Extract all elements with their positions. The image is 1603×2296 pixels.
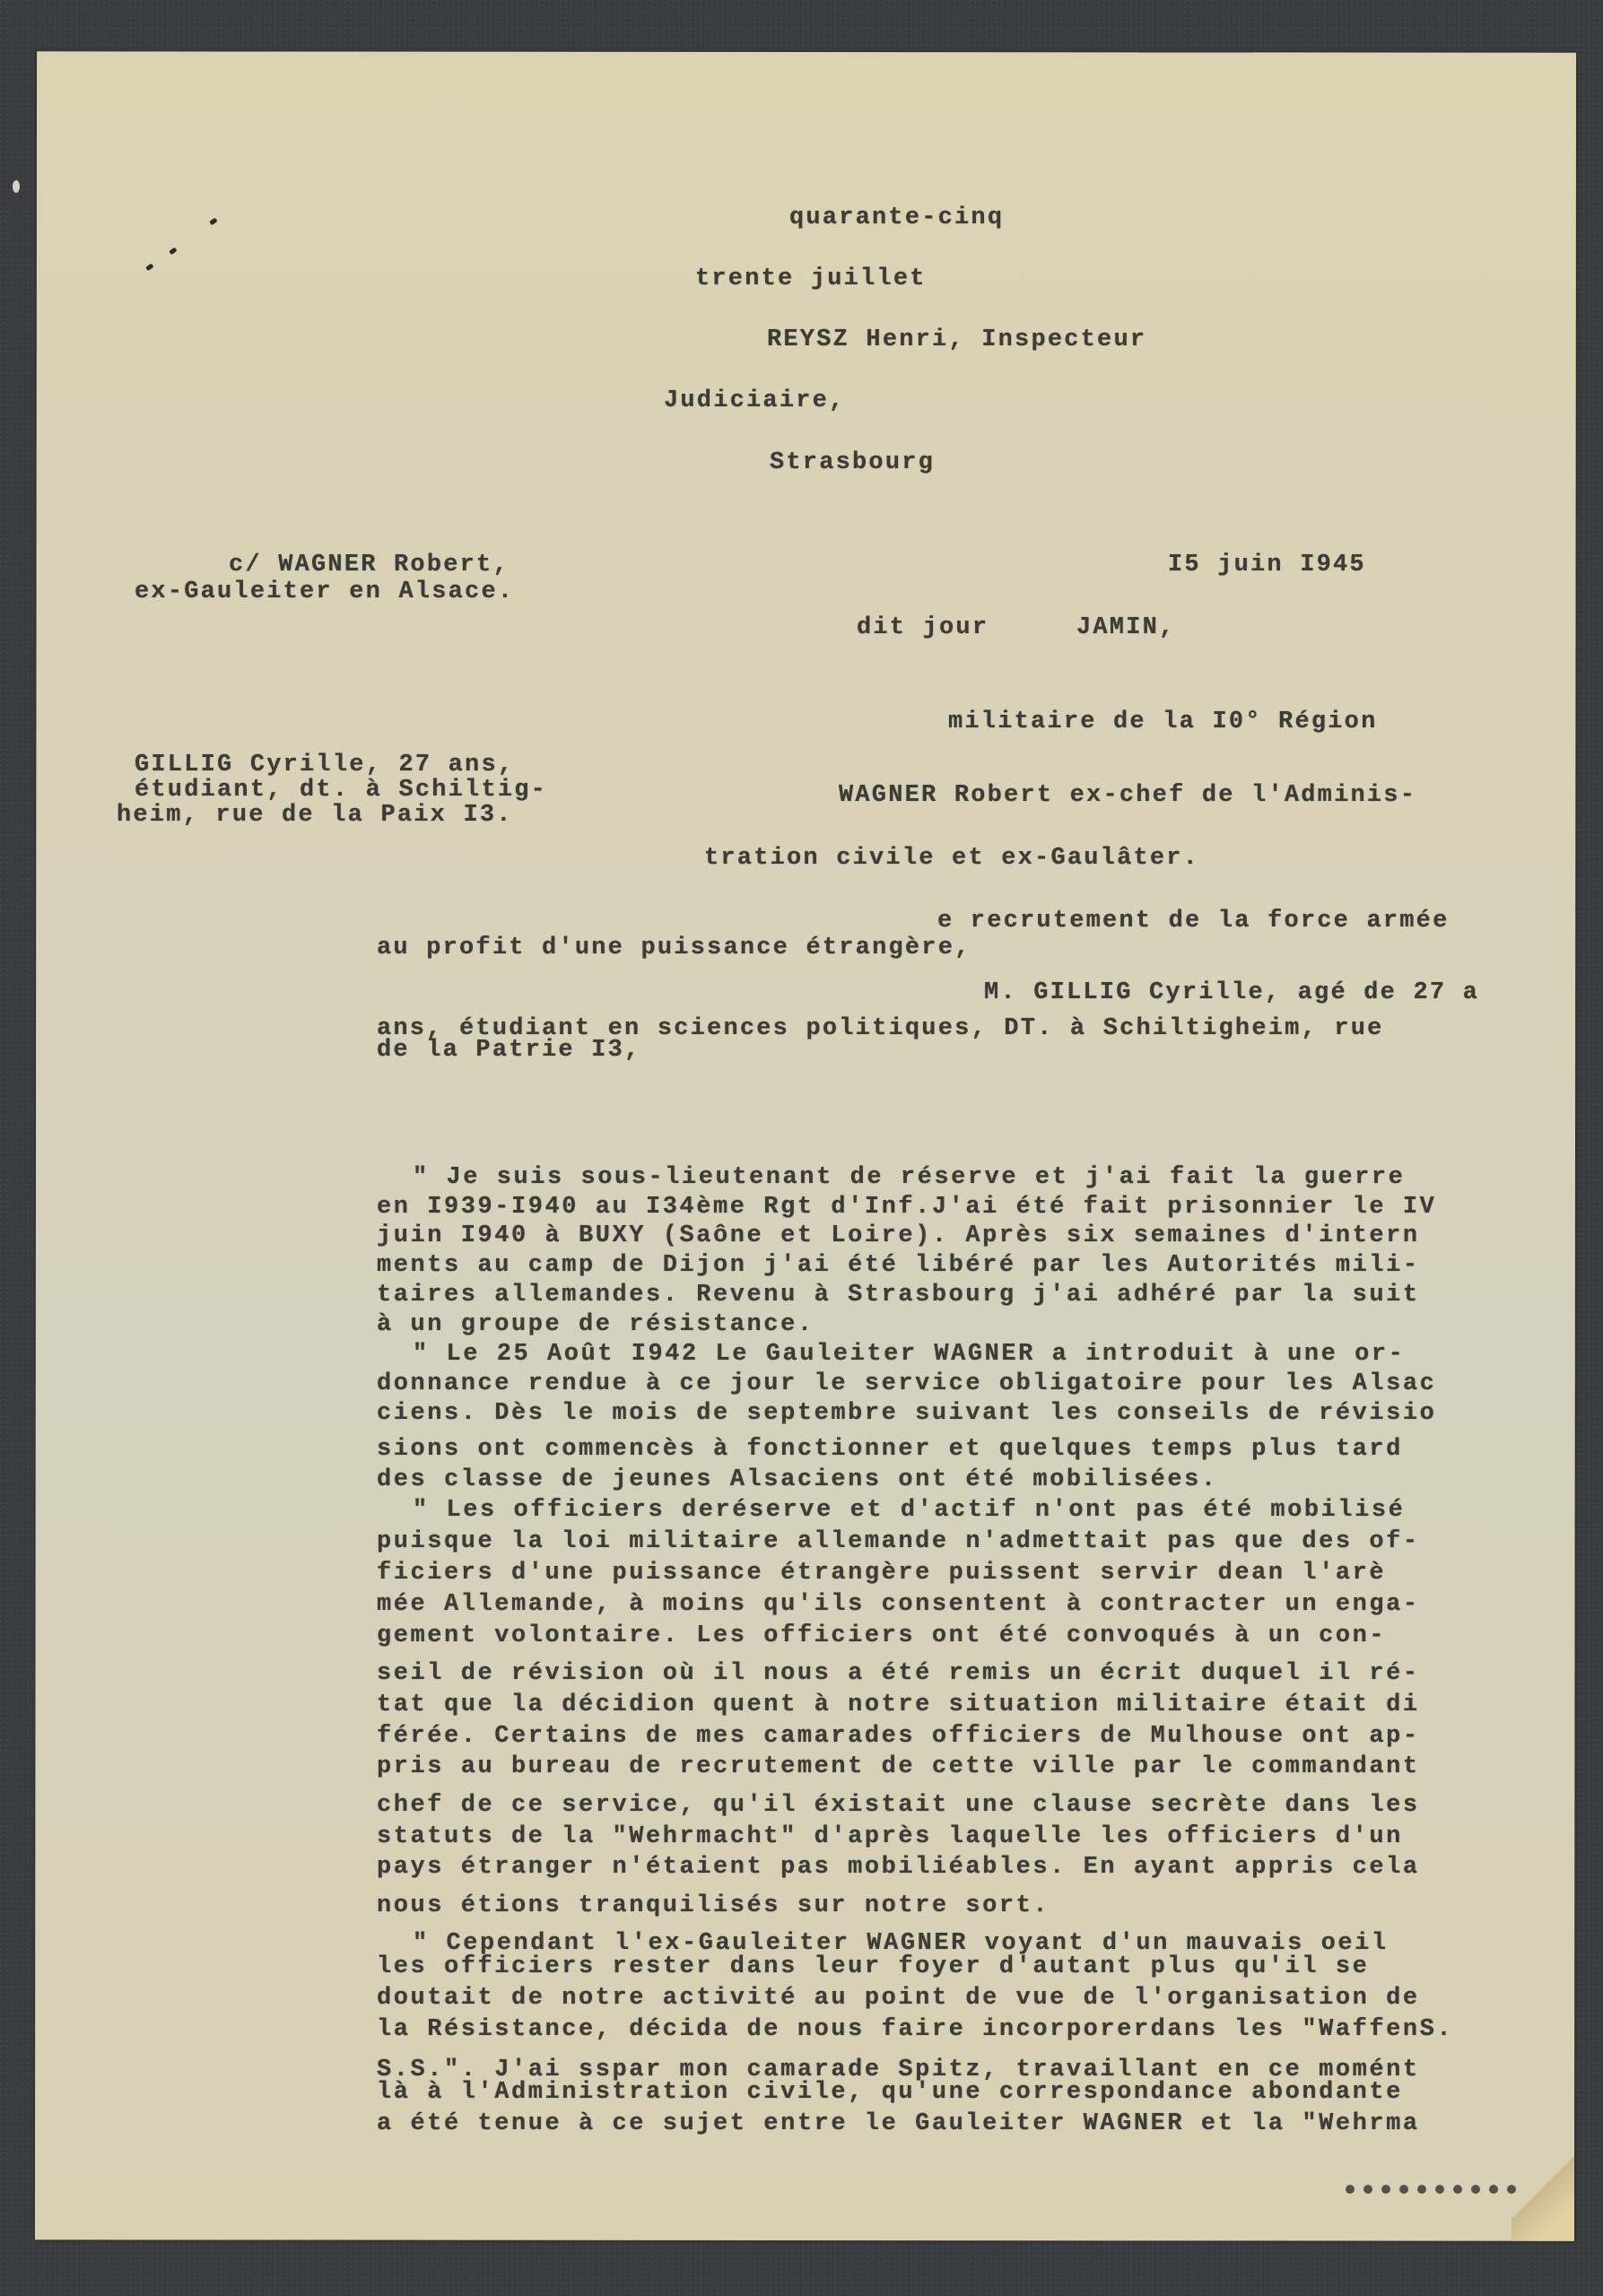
staple-holes — [144, 213, 225, 275]
header-line-inspector: REYSZ Henri, Inspecteur — [767, 328, 1146, 352]
paper-edge-mark — [13, 180, 20, 193]
case-reference-accused: c/ WAGNER Robert, — [229, 553, 510, 578]
witness-block-occupation: étudiant, dt. à Schiltig- — [135, 778, 547, 803]
testimony-line: des classe de jeunes Alsaciens ont été m… — [377, 1468, 1218, 1492]
officer-name: JAMIN, — [1076, 616, 1175, 640]
testimony-line: statuts de la "Wehrmacht" d'après laquel… — [377, 1825, 1403, 1849]
testimony-line: juin I940 à BUXY (Saône et Loire). Après… — [377, 1224, 1420, 1248]
header-line-city: Strasbourg — [770, 451, 935, 475]
header-line-judiciaire: Judiciaire, — [664, 389, 845, 413]
testimony-line: puisque la loi militaire allemande n'adm… — [377, 1530, 1420, 1554]
testimony-line: tat que la décidion quent à notre situat… — [377, 1693, 1420, 1718]
document-date: I5 juin I945 — [1168, 553, 1366, 578]
testimony-line: " Cependant l'ex-Gauleiter WAGNER voyant… — [413, 1932, 1389, 1956]
witness-intro-line-1: M. GILLIG Cyrille, agé de 27 a — [984, 981, 1479, 1005]
testimony-line: la Résistance, décida de nous faire inco… — [377, 2018, 1453, 2042]
continuation-dots — [1346, 2185, 1516, 2194]
testimony-line: les officiers rester dans leur foyer d'a… — [377, 1955, 1369, 1979]
testimony-line: à un groupe de résistance. — [377, 1313, 815, 1337]
testimony-line: ficiers d'une puissance étrangère puisse… — [377, 1561, 1386, 1586]
witness-block-name: GILLIG Cyrille, 27 ans, — [135, 753, 514, 778]
region-line: militaire de la I0° Région — [948, 710, 1377, 735]
testimony-line: mée Allemande, à moins qu'ils consentent… — [377, 1593, 1420, 1617]
testimony-line: " Je suis sous-lieutenant de réserve et … — [413, 1166, 1405, 1190]
testimony-line: " Le 25 Août I942 Le Gauleiter WAGNER a … — [413, 1343, 1405, 1367]
testimony-line: donnance rendue à ce jour le service obl… — [377, 1372, 1436, 1396]
charge-line-1: e recrutement de la force armée — [937, 909, 1449, 934]
testimony-line: pays étranger n'étaient pas mobiliéables… — [377, 1856, 1420, 1880]
testimony-line: en I939-I940 au I34ème Rgt d'Inf.J'ai ét… — [377, 1196, 1436, 1220]
testimony-line: chef de ce service, qu'il éxistait une c… — [377, 1794, 1420, 1818]
testimony-line: ciens. Dès le mois de septembre suivant … — [377, 1402, 1436, 1426]
testimony-line: seil de révision où il nous a été remis … — [377, 1662, 1420, 1686]
testimony-line: là à l'Administration civile, qu'une cor… — [377, 2081, 1403, 2105]
testimony-line: a été tenue à ce sujet entre le Gauleite… — [377, 2112, 1420, 2136]
testimony-line: taires allemandes. Revenu à Strasbourg j… — [377, 1283, 1420, 1308]
header-line-year: quarante-cinq — [789, 206, 1004, 230]
header-line-date: trente juillet — [695, 267, 927, 291]
testimony-line: doutait de notre activité au point de vu… — [377, 1987, 1420, 2011]
testimony-line: sions ont commencès à fonctionner et que… — [377, 1438, 1403, 1462]
accused-line-1: WAGNER Robert ex-chef de l'Adminis- — [839, 784, 1416, 808]
accused-line-2: tration civile et ex-Gaulâter. — [704, 847, 1199, 871]
charge-line-2: au profit d'une puissance étrangère, — [377, 936, 971, 961]
testimony-line: gement volontaire. Les officiers ont été… — [377, 1624, 1386, 1648]
testimony-line: nous étions tranquilisés sur notre sort. — [377, 1894, 1050, 1918]
testimony-line: ments au camp de Dijon j'ai été libéré p… — [377, 1254, 1420, 1278]
case-reference-title: ex-Gauleiter en Alsace. — [135, 580, 514, 604]
witness-intro-line-3: de la Patrie I3, — [377, 1039, 640, 1063]
witness-block-address: heim, rue de la Paix I3. — [117, 804, 513, 828]
testimony-line: pris au bureau de recrutement de cette v… — [377, 1755, 1420, 1779]
dit-jour-label: dit jour — [857, 616, 989, 640]
testimony-line: " Les officiers deréserve et d'actif n'o… — [413, 1499, 1405, 1523]
testimony-line: férée. Certains de mes camarades officie… — [377, 1725, 1420, 1749]
